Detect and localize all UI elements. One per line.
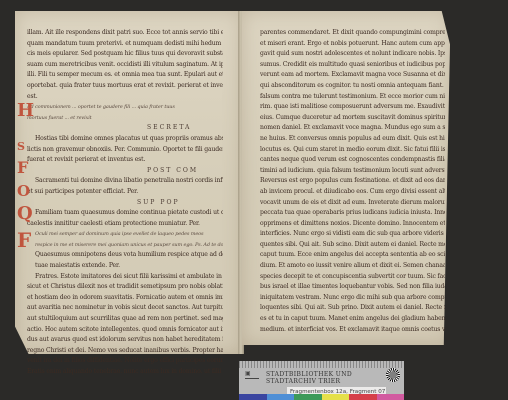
rubric-sup-pop: SUP POP <box>27 198 223 209</box>
text-line: interficies. Nunc ergo si vidisti eam di… <box>260 229 445 240</box>
initial-o: O <box>17 182 30 200</box>
text-line: caput tuum. Ecce enim angelus dei accept… <box>260 250 445 261</box>
text-line: dus aut avarus quod est idolorum servitu… <box>27 335 223 346</box>
text-line: qui absconditorum es cognitor. tu nosti … <box>260 81 445 92</box>
text-line: venit ira dei in filios diffidentiae. No… <box>27 356 223 367</box>
initial-f2: F <box>17 228 31 252</box>
text-line: oportebat. quia frater tuus mortuus erat… <box>27 81 223 92</box>
neume-line: mortuus fuerat ... et revixit <box>27 113 223 124</box>
text-line: locutus es. Qui cum staret in medio eoru… <box>260 145 445 156</box>
swatch-yellow <box>322 394 350 400</box>
calibration-card: ▣ STADTBIBLIOTHEK UND STADTARCHIV TRIER … <box>239 361 404 400</box>
text-line: gavit quid sum nostri adolescentes et no… <box>260 49 445 60</box>
left-page-text: illam. Ait ille respondens dixit patri s… <box>27 28 223 378</box>
swatch-red <box>349 394 377 400</box>
text-line: loquentes sibi. Qui ait. Sub prino. Dixi… <box>260 303 445 314</box>
text-line: lictis non gravemur obnoxiis. Per. Commu… <box>27 145 223 156</box>
text-line: et miseri erant. Ergo et nobis potuerunt… <box>260 39 445 50</box>
text-line: Fratres. Estote imitatores dei sicut fil… <box>27 272 223 283</box>
neume-line: Oculi mei semper ad dominum quia ipse ev… <box>27 229 223 240</box>
text-line: ne huius. Et conversus omnis populus ad … <box>260 134 445 145</box>
right-page-text: parentes commendaret. Et dixit quando co… <box>260 28 445 335</box>
text-line: peccata tua quae operabaris prius iudica… <box>260 208 445 219</box>
text-line: Familiam tuam quaesumus domine continua … <box>27 208 223 219</box>
text-line: aut avaritia nec nominetur in vobis sicu… <box>27 303 223 314</box>
text-line: sicut et Christus dilexit nos et tradidi… <box>27 282 223 293</box>
text-line: fuerat et revixit perierat et inventus e… <box>27 155 223 166</box>
text-line: illam. Ait ille respondens dixit patri s… <box>27 28 223 39</box>
rubric-post-com: POST COM <box>27 166 223 177</box>
text-line: quentes sibi. Qui ait. Sub scino. Dixit … <box>260 240 445 251</box>
text-line: caelestis innititur caelesti etiam prote… <box>27 219 223 230</box>
text-line: est. <box>27 92 223 103</box>
initial-q: Q <box>17 203 33 224</box>
text-line: et sui participes potenter efficiat. Per… <box>27 187 223 198</box>
text-line: regno Christi et dei. Nemo vos seducat i… <box>27 346 223 357</box>
text-line: Hostias tibi domine omnes placatus ut qu… <box>27 134 223 145</box>
target-pattern-icon <box>386 368 400 382</box>
text-line: cis meis epularer. Sed postquam hic fili… <box>27 49 223 60</box>
text-line: parentes commendaret. Et dixit quando co… <box>260 28 445 39</box>
text-line: rim. quae isti malitiose composuerunt ad… <box>260 102 445 113</box>
text-line: dium. Et amoto eo iussit venire alium et… <box>260 261 445 272</box>
swatch-magenta <box>377 394 405 400</box>
text-line: aut stultiloquium aut scurrilitas quae a… <box>27 314 223 325</box>
text-line: falsum contra me tulerunt testimonium. E… <box>260 92 445 103</box>
text-line: illi. Fili tu semper mecum es. et omnia … <box>27 70 223 81</box>
neume-line: respice in me et miserere mei quoniam un… <box>27 240 223 251</box>
text-line: es et tu in caput tuum. Manet enim angel… <box>260 314 445 325</box>
text-line: bus israel et illae timentes loquebantur… <box>260 282 445 293</box>
initial-s: S <box>17 140 25 153</box>
text-line: vocavit unum de eis et dixit ad eum. Inv… <box>260 198 445 209</box>
text-line: actio. Hoc autem scitote intellegentes. … <box>27 325 223 336</box>
text-line: opprimens et dimittens noxios. Dicente d… <box>260 219 445 230</box>
swatch-lightblue <box>267 394 295 400</box>
text-line: cantes neque quod verum est cognoscentes… <box>260 155 445 166</box>
initial-f: F <box>17 158 28 177</box>
ruler-scale <box>239 361 404 368</box>
text-line: eius. Cumque duceretur ad mortem suscita… <box>260 113 445 124</box>
text-line: Sacramenti tui domine divina libatio pen… <box>27 176 223 187</box>
text-line: timini ad iudicium. quia falsum testimon… <box>260 166 445 177</box>
swatch-blue <box>239 394 267 400</box>
text-line: medium. et interficiat vos. Et exclamavi… <box>260 325 445 336</box>
text-line: Quaesumus omnipotens deus vota humilium … <box>27 250 223 261</box>
text-line: nomen daniel. Et exclamavit voce magna. … <box>260 123 445 134</box>
rubric-secreta: SECRETA <box>27 123 223 134</box>
card-title: STADTBIBLIOTHEK UND STADTARCHIV TRIER <box>266 371 404 385</box>
initial-h: H <box>17 100 34 121</box>
text-line: suam cum meretricibus venit. occidisti i… <box>27 60 223 71</box>
color-swatches <box>239 394 404 400</box>
neume-line: Ad communionem ... oportet te gaudere fi… <box>27 102 223 113</box>
text-line: quam mandatum tuum preterivi. et numquam… <box>27 39 223 50</box>
text-line: Reversus est ergo populus cum festinatio… <box>260 176 445 187</box>
text-line: iniquitatem vestram. Nunc ergo dic mihi … <box>260 293 445 304</box>
text-line: verunt eam ad mortem. Exclamavit magna v… <box>260 70 445 81</box>
swatch-green <box>294 394 322 400</box>
library-logo-icon: ▣ <box>245 370 259 379</box>
text-line: tuae maiestatis extende. Per. <box>27 261 223 272</box>
text-line: et hostiam deo in odorem suavitatis. For… <box>27 293 223 304</box>
text-line: Eratis enim aliquando tenebrae. nunc aut… <box>27 367 223 378</box>
text-line: ab invicem procul. et diiudicabo eos. Cu… <box>260 187 445 198</box>
text-line: sumus. Credidit eis multitudo quasi seni… <box>260 60 445 71</box>
text-line: species decepit te et concupiscentia sub… <box>260 272 445 283</box>
